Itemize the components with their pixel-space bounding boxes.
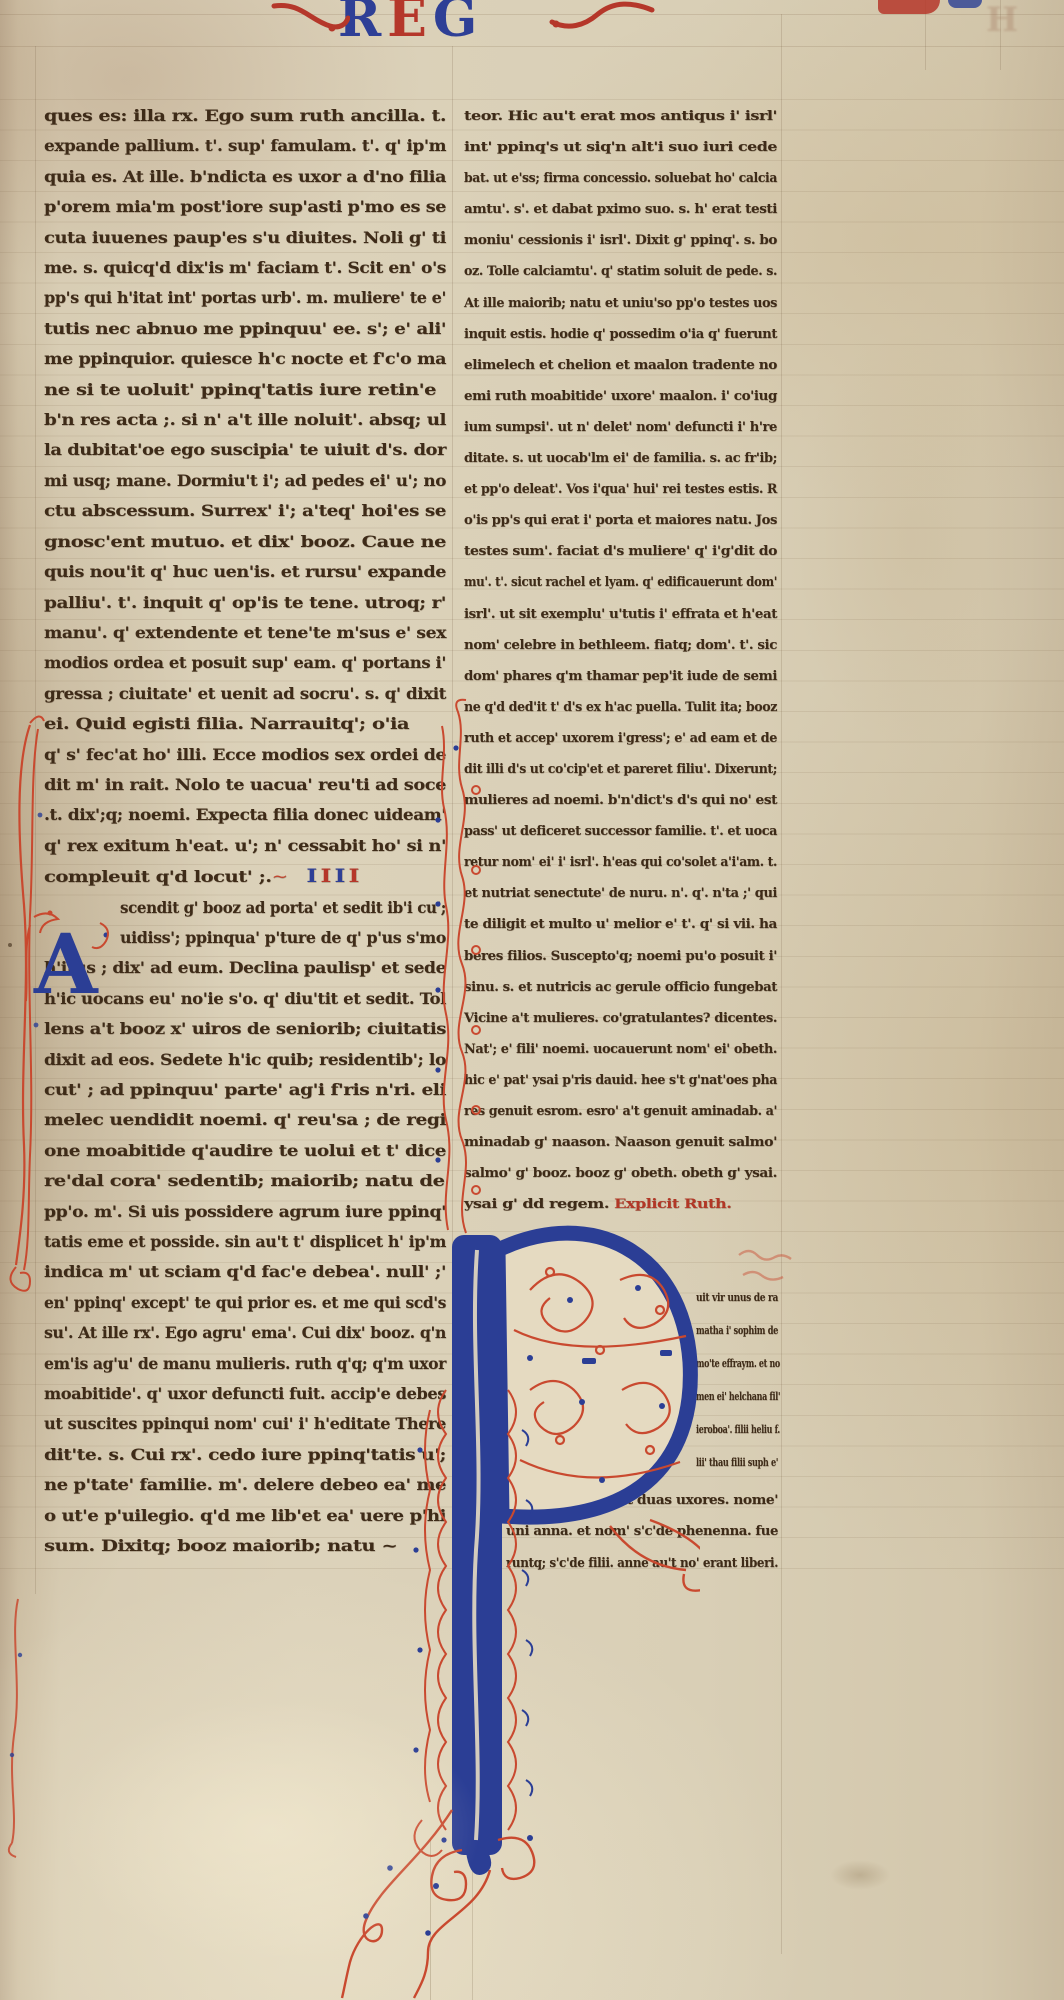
text-line: dit illi d's ut co'cip'et et pareret fil… (464, 754, 777, 785)
text-line: ditate. s. ut uocab'lm ei' de familia. s… (464, 443, 777, 474)
text-line: matha i' sophim de (696, 1315, 778, 1348)
explicit-line: ysai g' dd regem. Explicit Ruth. (464, 1189, 777, 1220)
text-line: scendit g' booz ad porta' et sedit ib'i … (44, 893, 446, 923)
text-line: dit'te. s. Cui rx'. cedo iure ppinq'tati… (44, 1440, 446, 1470)
text-line: indica m' ut sciam q'd fac'e debea'. nul… (44, 1257, 446, 1287)
text-line: pass' ut deficeret successor familie. t'… (464, 816, 777, 847)
text-line: dixit ad eos. Sedete h'ic quib; resident… (44, 1045, 446, 1075)
text-line: h'ic uocans eu' no'ie s'o. q' diu'tit et… (44, 984, 446, 1014)
text-line: lens a't booz x' uiros de seniorib; ciui… (44, 1014, 446, 1044)
rubric-explicit: Explicit Ruth. (614, 1197, 731, 1212)
text-line: beres filios. Suscepto'q; noemi pu'o pos… (464, 941, 777, 972)
text-column-right: teor. Hic au't erat mos antiqus i' isrl'… (464, 101, 777, 1220)
running-title-letter: R (338, 0, 387, 49)
stain (830, 1860, 890, 1890)
text-line: uit vir unus de ra (696, 1282, 778, 1315)
text-line: cuta iuuenes paup'es s'u diuites. Noli g… (44, 223, 446, 253)
text-line: me ppinquior. quiesce h'c nocte et f'c'o… (44, 344, 446, 374)
text-line: ieroboa'. filii heliu f. (696, 1414, 778, 1447)
text-line: p'orem mia'm post'iore sup'asti p'mo es … (44, 192, 446, 222)
text-line: lii' thau filii suph e' (696, 1447, 778, 1480)
title-flourish-right (548, 0, 658, 36)
left-lines-indented: scendit g' booz ad porta' et sedit ib'i … (44, 893, 446, 954)
text-line: gressa ; ciuitate' et uenit ad socru'. s… (44, 679, 446, 709)
text-line: retur nom' ei' i' isrl'. h'eas qui co'so… (464, 847, 777, 878)
text-line: Vicine a't mulieres. co'gratulantes? dic… (464, 1003, 777, 1034)
text-line: sum. Dixitq; booz maiorib; natu ~ (44, 1531, 446, 1561)
text-line: quia es. At ille. b'ndicta es uxor a d'n… (44, 162, 446, 192)
ruling-line-vertical (925, 0, 926, 70)
running-title: REG (338, 0, 483, 49)
text-line: ium sumpsi'. ut n' delet' nom' defuncti … (464, 412, 777, 443)
manuscript-page: REG H ques es: illa rx. Ego sum ruth anc… (0, 0, 1064, 2000)
text-line: et nutriat senectute' de nuru. n'. q'. n… (464, 878, 777, 909)
text-line: .t. dix';q; noemi. Expecta filia donec u… (44, 800, 446, 830)
text-line: mi usq; mane. Dormiu't i'; ad pedes ei' … (44, 466, 446, 496)
text-line: phrateus. et h'uit duas uxores. nome' (506, 1485, 778, 1516)
stain (790, 330, 1030, 750)
text-line: At ille maiorib; natu et uniu'so pp'o te… (464, 288, 777, 319)
text-line: dom' phares q'm thamar pep'it iude de se… (464, 661, 777, 692)
text-line: one moabitide q'audire te uolui et t' di… (44, 1136, 446, 1166)
text-line: nom' celebre in bethleem. fiatq; dom'. t… (464, 630, 777, 661)
ruling-line (0, 46, 1064, 47)
text-line: uni anna. et nom' s'c'de phenenna. fue (506, 1516, 778, 1547)
text-line: ruth et accep' uxorem i'gress'; e' ad ea… (464, 723, 777, 754)
text-line: me. s. quicq'd dix'is m' faciam t'. Scit… (44, 253, 446, 283)
text-line: gnosc'ent mutuo. et dix' booz. Caue ne (44, 527, 446, 557)
text-line: te diligit et multo u' melior e' t'. q' … (464, 909, 777, 940)
ruling-line-vertical (781, 14, 782, 1954)
text-line: ctu abscessum. Surrex' i'; a'teq' hoi'es… (44, 496, 446, 526)
text-line: ques es: illa rx. Ego sum ruth ancilla. … (44, 101, 446, 131)
text-line: pp'o. m'. Si uis possidere agrum iure pp… (44, 1197, 446, 1227)
margin-penwork-flourish (0, 695, 48, 1335)
margin-penwork-flourish-lower (0, 1595, 40, 1860)
text-line: int' ppinq's ut siq'n alt'i suo iuri ced… (464, 132, 777, 163)
text-line: ne q'd ded'it t' d's ex h'ac puella. Tul… (464, 692, 777, 723)
text-line: quis nou'it q' huc uen'is. et rursu' exp… (44, 557, 446, 587)
text-column-left: ques es: illa rx. Ego sum ruth ancilla. … (44, 101, 446, 1562)
text-line: oz. Tolle calciamtu'. q' statim soluit d… (464, 256, 777, 287)
text-line: o'is pp's qui erat i' porta et maiores n… (464, 505, 777, 536)
text-line: mu'. t'. sicut rachel et lyam. q' edific… (464, 567, 777, 598)
text-line: emi ruth moabitide' uxore' maalon. i' co… (464, 381, 777, 412)
text-line: moabitide'. q' uxor defuncti fuit. accip… (44, 1379, 446, 1409)
chapter-line: compleuit q'd locut' ;.~IIII (44, 861, 446, 892)
text-line: ei. Quid egisti filia. Narrauitq'; o'ia (44, 709, 446, 739)
initial-f-filigree (514, 1268, 686, 1478)
text-line: men ei' helchana fil' (696, 1381, 778, 1414)
text-line: sinu. s. et nutricis ac gerule officio f… (464, 972, 777, 1003)
text-line: ne p'tate' familie. m'. delere debeo ea'… (44, 1470, 446, 1500)
stain (60, 1700, 480, 1960)
ruling-line (0, 14, 1064, 15)
text-line: mulieres ad noemi. b'n'dict's d's qui no… (464, 785, 777, 816)
text-line: et pp'o deleat'. Vos i'qua' hui' rei tes… (464, 474, 777, 505)
ruling-line-vertical (1000, 0, 1001, 70)
line-filler: ~ (272, 867, 288, 886)
text-line: hic e' pat' ysai p'ris dauid. hee s't g'… (464, 1065, 777, 1096)
text-line: minadab g' naason. Naason genuit salmo' (464, 1127, 777, 1158)
text-line: o ut'e p'uilegio. q'd me lib'et ea' uere… (44, 1501, 446, 1531)
text-line: amtu'. s'. et dabat pximo suo. s. h' era… (464, 194, 777, 225)
text-line: Nat'; e' fili' noemi. uocauerunt nom' ei… (464, 1034, 777, 1065)
right-lines-a: teor. Hic au't erat mos antiqus i' isrl'… (464, 101, 777, 1189)
ruling-line-vertical (35, 46, 36, 1594)
initial-f-filigree-blue-dots (527, 1285, 672, 1483)
text-line: res genuit esrom. esro' a't genuit amina… (464, 1096, 777, 1127)
text-line: moniu' cessionis i' isrl'. Dixit g' ppin… (464, 225, 777, 256)
cropped-red-mark (878, 0, 940, 14)
text-column-below-initial: phrateus. et h'uit duas uxores. nome'uni… (506, 1485, 778, 1579)
text-line: pp's qui h'itat int' portas urb'. m. mul… (44, 283, 446, 313)
text-column-beside-initial: uit vir unus de ramatha i' sophim demo't… (696, 1282, 778, 1479)
left-lines-b: h'itus ; dix' ad eum. Declina paulisp' e… (44, 953, 446, 1561)
text-line: expande pallium. t'. sup' famulam. t'. q… (44, 131, 446, 161)
text-line: testes sum'. faciat d's muliere' q' i'g'… (464, 536, 777, 567)
text-line: tutis nec abnuo me ppinquu' ee. s'; e' a… (44, 314, 446, 344)
text-line: en' ppinq' except' te qui prior es. et m… (44, 1288, 446, 1318)
text-line: teor. Hic au't erat mos antiqus i' isrl' (464, 101, 777, 132)
text-line: tatis eme et posside. sin au't t' displi… (44, 1227, 446, 1257)
text-line: manu'. q' extendente et tene'te m'sus e'… (44, 618, 446, 648)
text-line: dit m' in rait. Nolo te uacua' reu'ti ad… (44, 770, 446, 800)
text-line: bat. ut e'ss; firma concessio. soluebat … (464, 163, 777, 194)
text-line: modios ordea et posuit sup' eam. q' port… (44, 648, 446, 678)
show-through-letters: H (986, 0, 1028, 40)
text-line: runtq; s'c'de filii. anne au't no' erant… (506, 1548, 778, 1579)
text-line: ut suscites ppinqui nom' cui' i' h'edita… (44, 1409, 446, 1439)
text-line: uidiss'; ppinqua' p'ture de q' p'us s'mo (44, 923, 446, 953)
text-line: palliu'. t'. inquit q' op'is te tene. ut… (44, 588, 446, 618)
text-line: cut' ; ad ppinquu' parte' ag'i f'ris n'r… (44, 1075, 446, 1105)
ruling-line-vertical (452, 46, 453, 1594)
text-line: su'. At ille rx'. Ego agru' ema'. Cui di… (44, 1318, 446, 1348)
text-line: q' s' fec'at ho' illi. Ecce modios sex o… (44, 740, 446, 770)
text-line: q' rex exitum h'eat. u'; n' cessabit ho'… (44, 831, 446, 861)
text-line: h'itus ; dix' ad eum. Declina paulisp' e… (44, 953, 446, 983)
chapter-numeral: IIII (305, 867, 361, 886)
initial-f-bowl (498, 1233, 690, 1517)
text-line: elimelech et chelion et maalon tradente … (464, 350, 777, 381)
text-line: isrl'. ut sit exemplu' u'tutis i' effrat… (464, 599, 777, 630)
text-line: ne si te uoluit' ppinq'tatis iure retin'… (44, 375, 446, 405)
text-line: melec uendidit noemi. q' reu'sa ; de reg… (44, 1105, 446, 1135)
cropped-blue-mark (948, 0, 982, 8)
text-line: mo'te effraym. et no (696, 1348, 778, 1381)
running-title-letter: G (433, 0, 483, 49)
text-line: salmo' g' booz. booz g' obeth. obeth g' … (464, 1158, 777, 1189)
text-line: b'n res acta ;. si n' a't ille noluit'. … (44, 405, 446, 435)
text-line: em'is ag'u' de manu mulieris. ruth q'q; … (44, 1349, 446, 1379)
text-line: re'dal cora' sedentib; maiorib; natu de (44, 1166, 446, 1196)
text-line: la dubitat'oe ego suscipia' te uiuit d's… (44, 435, 446, 465)
running-title-letter: E (387, 0, 433, 49)
text-line: inquit estis. hodie q' possedim o'ia q' … (464, 319, 777, 350)
left-lines-a: ques es: illa rx. Ego sum ruth ancilla. … (44, 101, 446, 861)
